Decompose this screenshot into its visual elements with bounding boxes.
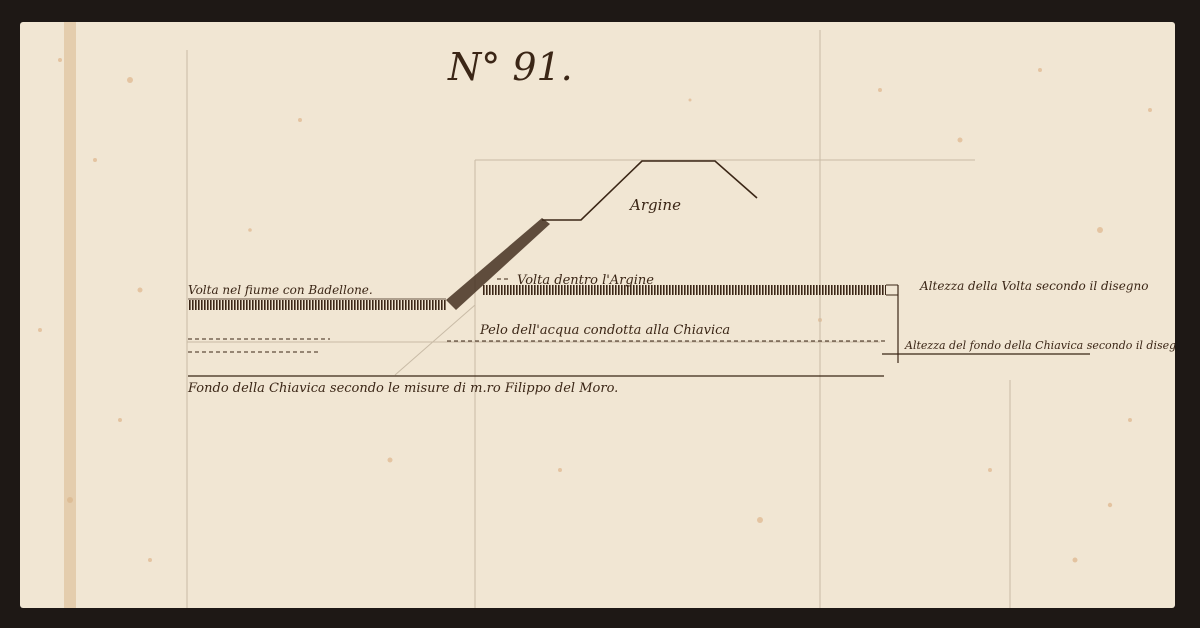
label-water-level: Pelo dell'acqua condotta alla Chiavica [480, 324, 730, 337]
label-right-bottom: Altezza del fondo della Chiavica secondo… [905, 340, 1175, 351]
cross-section-drawing [20, 22, 1175, 608]
label-channel-bottom: Fondo della Chiavica secondo le misure d… [188, 382, 618, 395]
label-inside-levee: Volta dentro l'Argine [517, 274, 654, 287]
label-river-volta: Volta nel fiume con Badellone. [188, 284, 373, 296]
foxing-spots [38, 58, 1152, 563]
label-right-height: Altezza della Volta secondo il disegno [920, 280, 1148, 292]
slope-hatching [446, 218, 550, 310]
pencil-ruling [187, 30, 1010, 608]
label-levee: Argine [630, 198, 681, 213]
river-volta-band [188, 300, 446, 310]
fold-line [64, 22, 76, 608]
manuscript-sheet: N° 91. Volta nel fiume con Badellone. Ar… [20, 22, 1175, 608]
sheet-number: N° 91. [448, 48, 573, 86]
